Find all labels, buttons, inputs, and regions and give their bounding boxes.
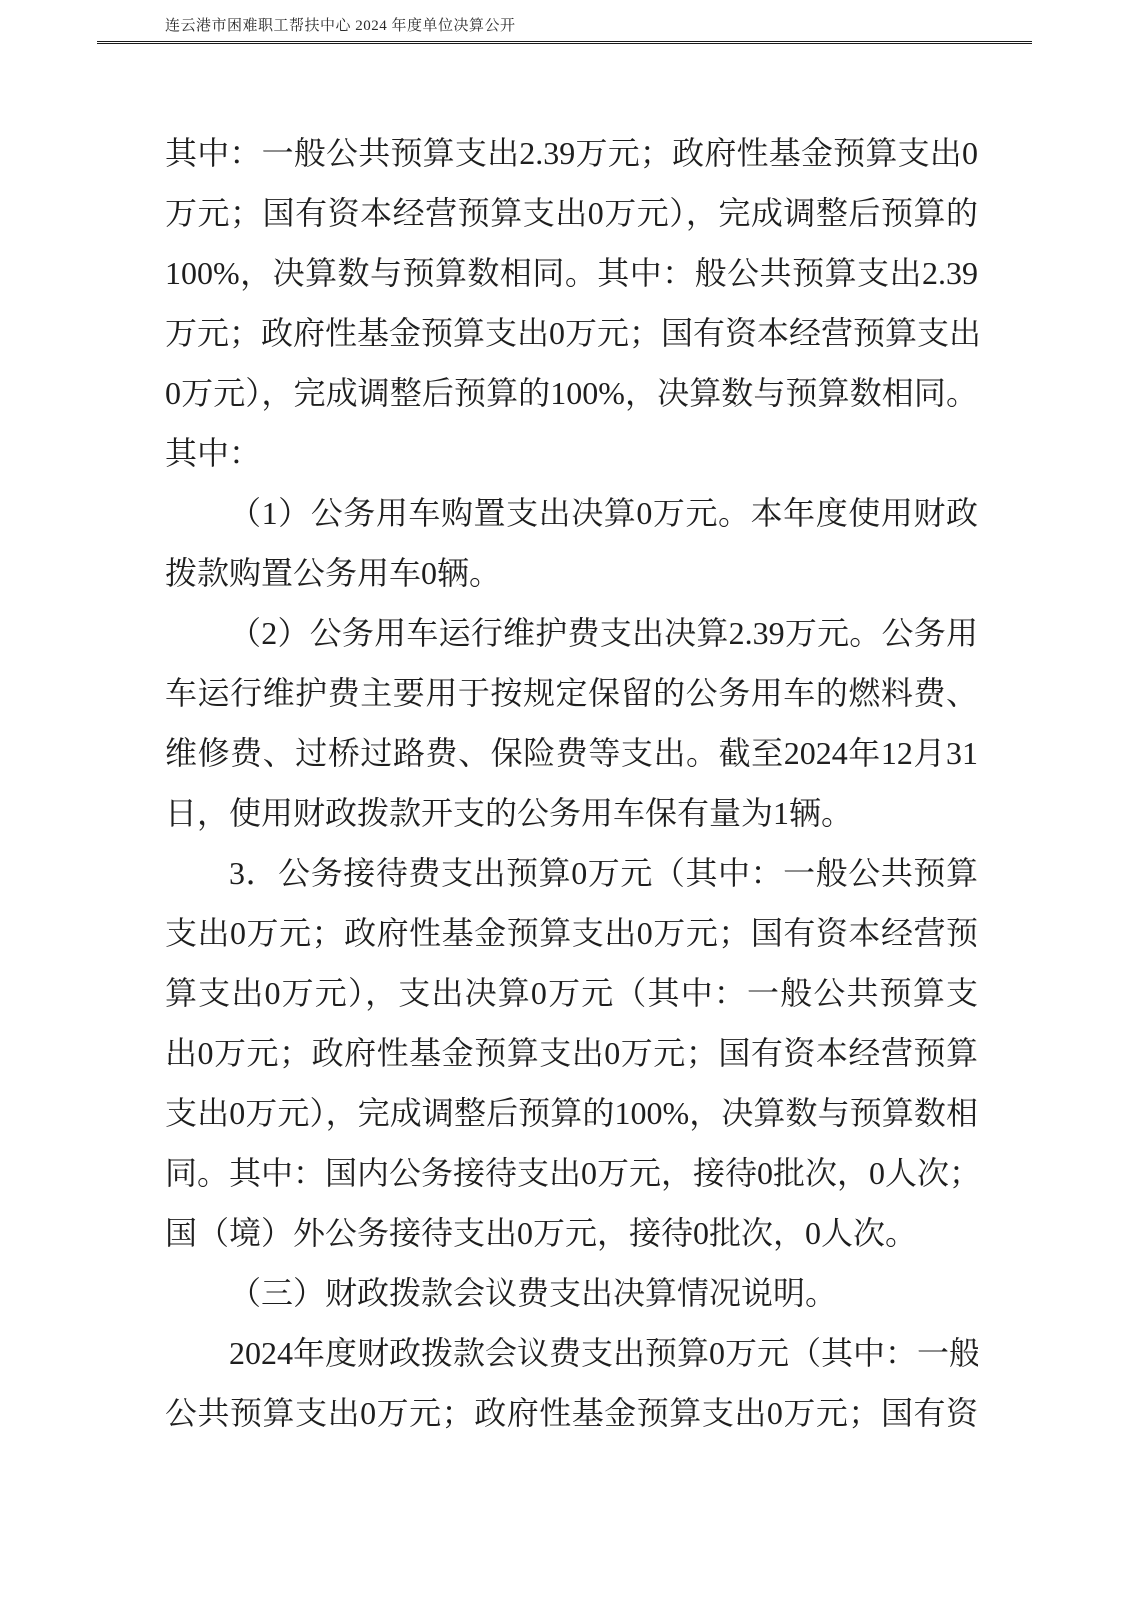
paragraph: 3．公务接待费支出预算0万元（其中：一般公共预算支出0万元；政府性基金预算支出0… <box>165 843 978 1263</box>
text-line: 其中：一般公共预算支出2.39万元；政府性基金预算支出0 <box>165 123 978 183</box>
document-body: 其中：一般公共预算支出2.39万元；政府性基金预算支出0万元；国有资本经营预算支… <box>165 123 978 1443</box>
text-line: 万元；政府性基金预算支出0万元；国有资本经营预算支出 <box>165 303 978 363</box>
text-line: （三）财政拨款会议费支出决算情况说明。 <box>165 1263 978 1323</box>
text-line: 算支出0万元），支出决算0万元（其中：一般公共预算支 <box>165 963 978 1023</box>
text-line: 0万元），完成调整后预算的100%，决算数与预算数相同。 <box>165 363 978 423</box>
document-page: 连云港市困难职工帮扶中心 2024 年度单位决算公开 其中：一般公共预算支出2.… <box>0 0 1131 1600</box>
text-line: 日，使用财政拨款开支的公务用车保有量为1辆。 <box>165 783 978 843</box>
text-line: 支出0万元），完成调整后预算的100%，决算数与预算数相 <box>165 1083 978 1143</box>
text-line: 公共预算支出0万元；政府性基金预算支出0万元；国有资 <box>165 1383 978 1443</box>
text-line: 车运行维护费主要用于按规定保留的公务用车的燃料费、 <box>165 663 978 723</box>
text-line: （2）公务用车运行维护费支出决算2.39万元。公务用 <box>165 603 978 663</box>
text-line: 维修费、过桥过路费、保险费等支出。截至2024年12月31 <box>165 723 978 783</box>
text-line: 同。其中：国内公务接待支出0万元，接待0批次，0人次； <box>165 1143 978 1203</box>
text-line: 其中： <box>165 423 978 483</box>
paragraph: （1）公务用车购置支出决算0万元。本年度使用财政拨款购置公务用车0辆。 <box>165 483 978 603</box>
paragraph: 其中：一般公共预算支出2.39万元；政府性基金预算支出0万元；国有资本经营预算支… <box>165 123 978 483</box>
text-line: 出0万元；政府性基金预算支出0万元；国有资本经营预算 <box>165 1023 978 1083</box>
paragraph: 2024年度财政拨款会议费支出预算0万元（其中：一般公共预算支出0万元；政府性基… <box>165 1323 978 1443</box>
text-line: 100%，决算数与预算数相同。其中：般公共预算支出2.39 <box>165 243 978 303</box>
text-line: 拨款购置公务用车0辆。 <box>165 543 978 603</box>
text-line: （1）公务用车购置支出决算0万元。本年度使用财政 <box>165 483 978 543</box>
header-rule <box>97 41 1032 44</box>
text-line: 3．公务接待费支出预算0万元（其中：一般公共预算 <box>165 843 978 903</box>
text-line: 2024年度财政拨款会议费支出预算0万元（其中：一般 <box>165 1323 978 1383</box>
text-line: 万元；国有资本经营预算支出0万元），完成调整后预算的 <box>165 183 978 243</box>
paragraph: （三）财政拨款会议费支出决算情况说明。 <box>165 1263 978 1323</box>
page-header-title: 连云港市困难职工帮扶中心 2024 年度单位决算公开 <box>165 15 516 37</box>
text-line: 国（境）外公务接待支出0万元，接待0批次，0人次。 <box>165 1203 978 1263</box>
paragraph: （2）公务用车运行维护费支出决算2.39万元。公务用车运行维护费主要用于按规定保… <box>165 603 978 843</box>
text-line: 支出0万元；政府性基金预算支出0万元；国有资本经营预 <box>165 903 978 963</box>
